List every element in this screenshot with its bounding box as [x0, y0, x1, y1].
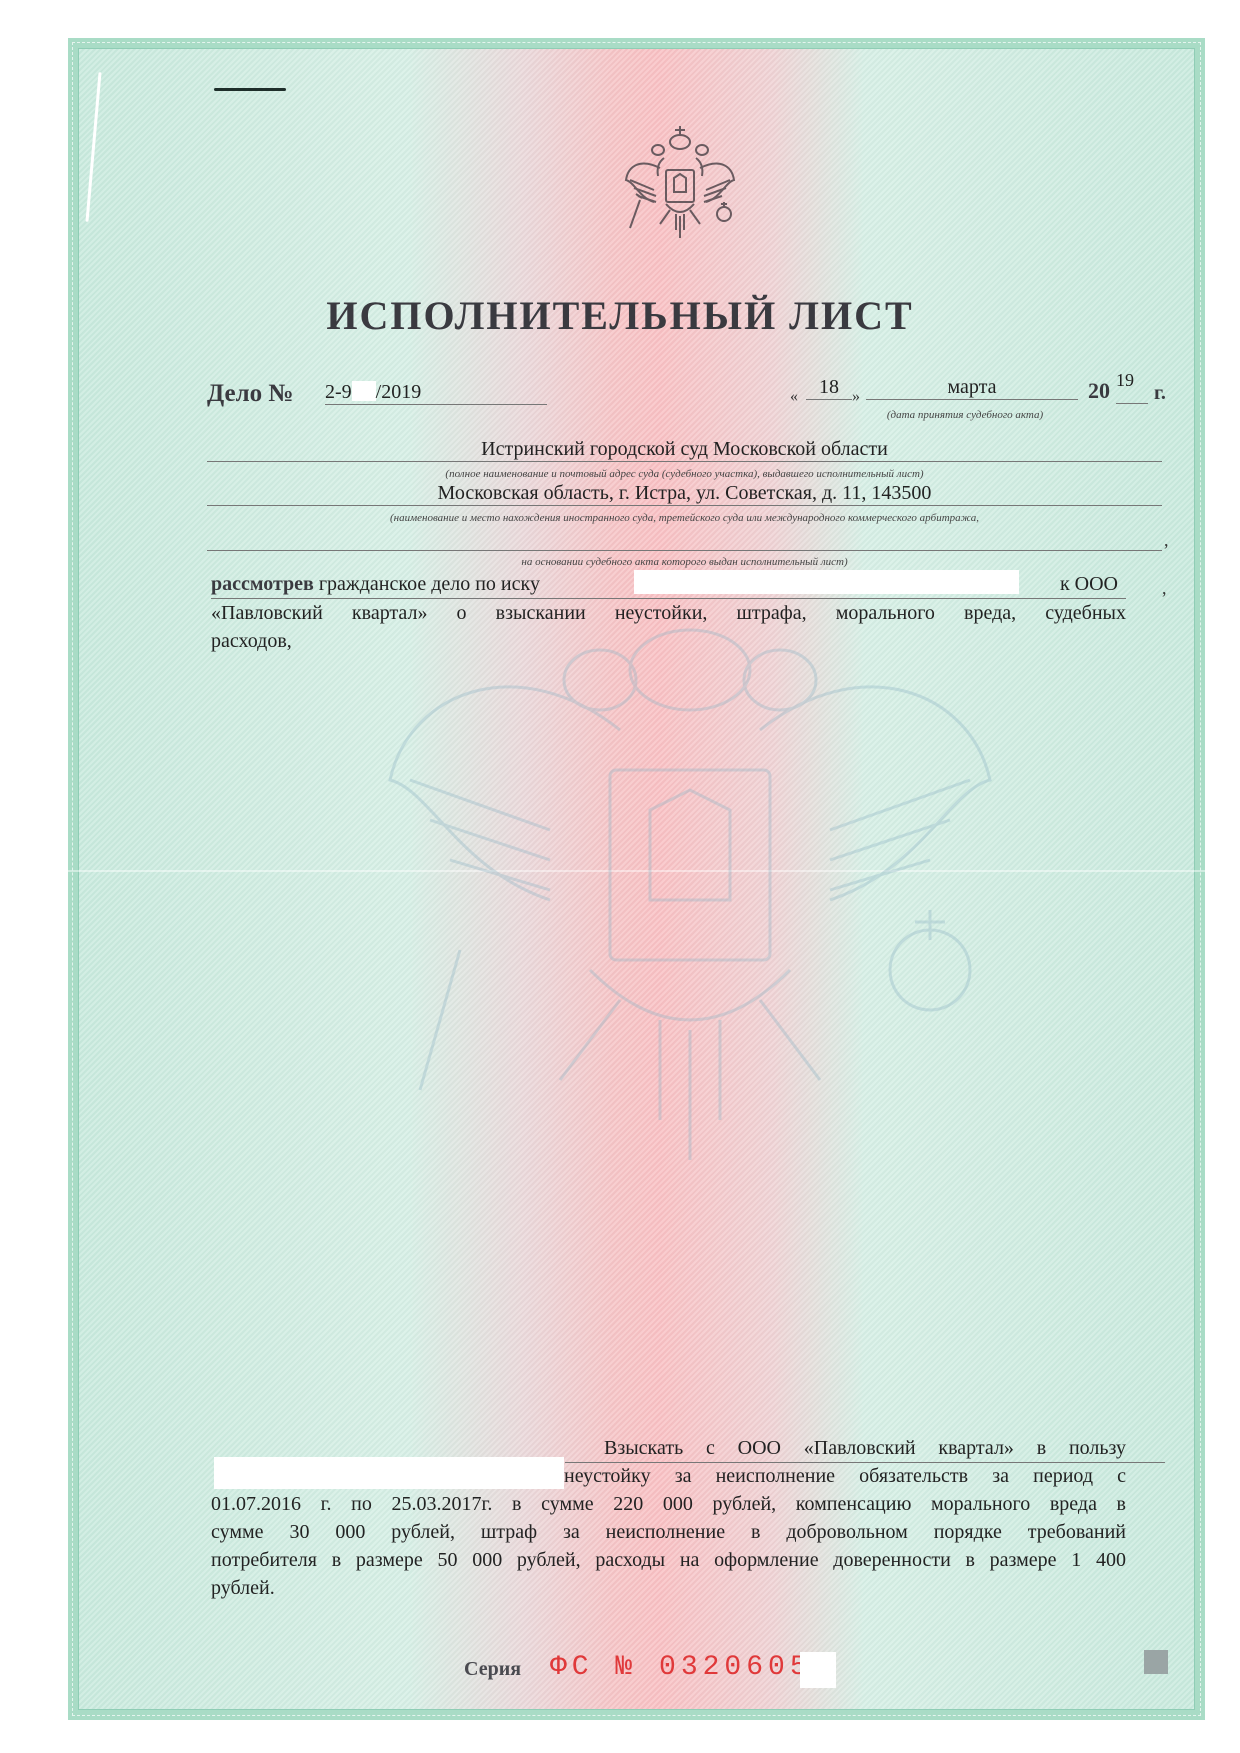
date-day: 18: [806, 376, 852, 400]
resolution-line-5: потребителя в размере 50 000 рублей, рас…: [211, 1546, 1126, 1574]
foreign-court-blank: [207, 528, 1162, 551]
coat-of-arms-icon: [620, 118, 740, 250]
considered-line-3: расходов,: [211, 627, 1126, 655]
considered-line-1-end: к ООО: [1060, 570, 1118, 598]
case-number-suffix: /2019: [376, 381, 422, 403]
series-label: Серия: [464, 1658, 521, 1681]
case-number: 2-9/2019: [325, 381, 547, 405]
considered-lead: рассмотрев: [211, 573, 314, 595]
date-close-quote: »: [852, 388, 860, 406]
date-open-quote: «: [790, 388, 798, 406]
date-year-suffix: 19: [1116, 370, 1148, 404]
series-code: ФС № 0320605: [550, 1652, 812, 1683]
corner-marker: [1144, 1650, 1168, 1674]
court-name: Истринский городской суд Московской обла…: [207, 438, 1162, 462]
foreign-court-comma: ,: [1164, 530, 1169, 551]
plaintiff-redaction: [634, 570, 1019, 594]
case-number-prefix: 2-9: [325, 381, 352, 403]
considered-line-1-text: гражданское дело по иску: [319, 573, 540, 595]
date-year-prefix: 20: [1088, 378, 1110, 404]
watermark-emblem-icon: [370, 610, 1010, 1170]
foreign-court-caption-2: на основании судебного акта которого выд…: [207, 556, 1162, 568]
resolution-line-6: рублей.: [211, 1574, 1126, 1602]
considered-paragraph: рассмотрев гражданское дело по иску к ОО…: [211, 570, 1126, 655]
court-address: Московская область, г. Истра, ул. Советс…: [207, 482, 1162, 506]
decision-type-redaction: [214, 1457, 564, 1489]
date-year-unit: г.: [1154, 382, 1166, 405]
foreign-court-caption-1: (наименование и место нахождения иностра…: [207, 512, 1162, 524]
document-title: ИСПОЛНИТЕЛЬНЫЙ ЛИСТ: [0, 292, 1240, 339]
ink-dash-mark: [214, 88, 286, 91]
case-number-redaction: [352, 381, 376, 401]
considered-comma: ,: [1162, 578, 1167, 599]
court-name-caption: (полное наименование и почтовый адрес су…: [207, 468, 1162, 480]
considered-line-2: «Павловский квартал» о взыскании неустой…: [211, 599, 1126, 627]
date-caption: (дата принятия судебного акта): [850, 409, 1080, 421]
date-month: марта: [866, 376, 1078, 400]
considered-line-1: рассмотрев гражданское дело по иску к ОО…: [211, 570, 1126, 599]
serial-redaction: [800, 1652, 836, 1688]
resolution-line-3: 01.07.2016 г. по 25.03.2017г. в сумме 22…: [211, 1490, 1126, 1518]
resolution-underline: [565, 1462, 1165, 1463]
case-label: Дело №: [207, 380, 294, 408]
resolution-line-4: сумме 30 000 рублей, штраф за неисполнен…: [211, 1518, 1126, 1546]
